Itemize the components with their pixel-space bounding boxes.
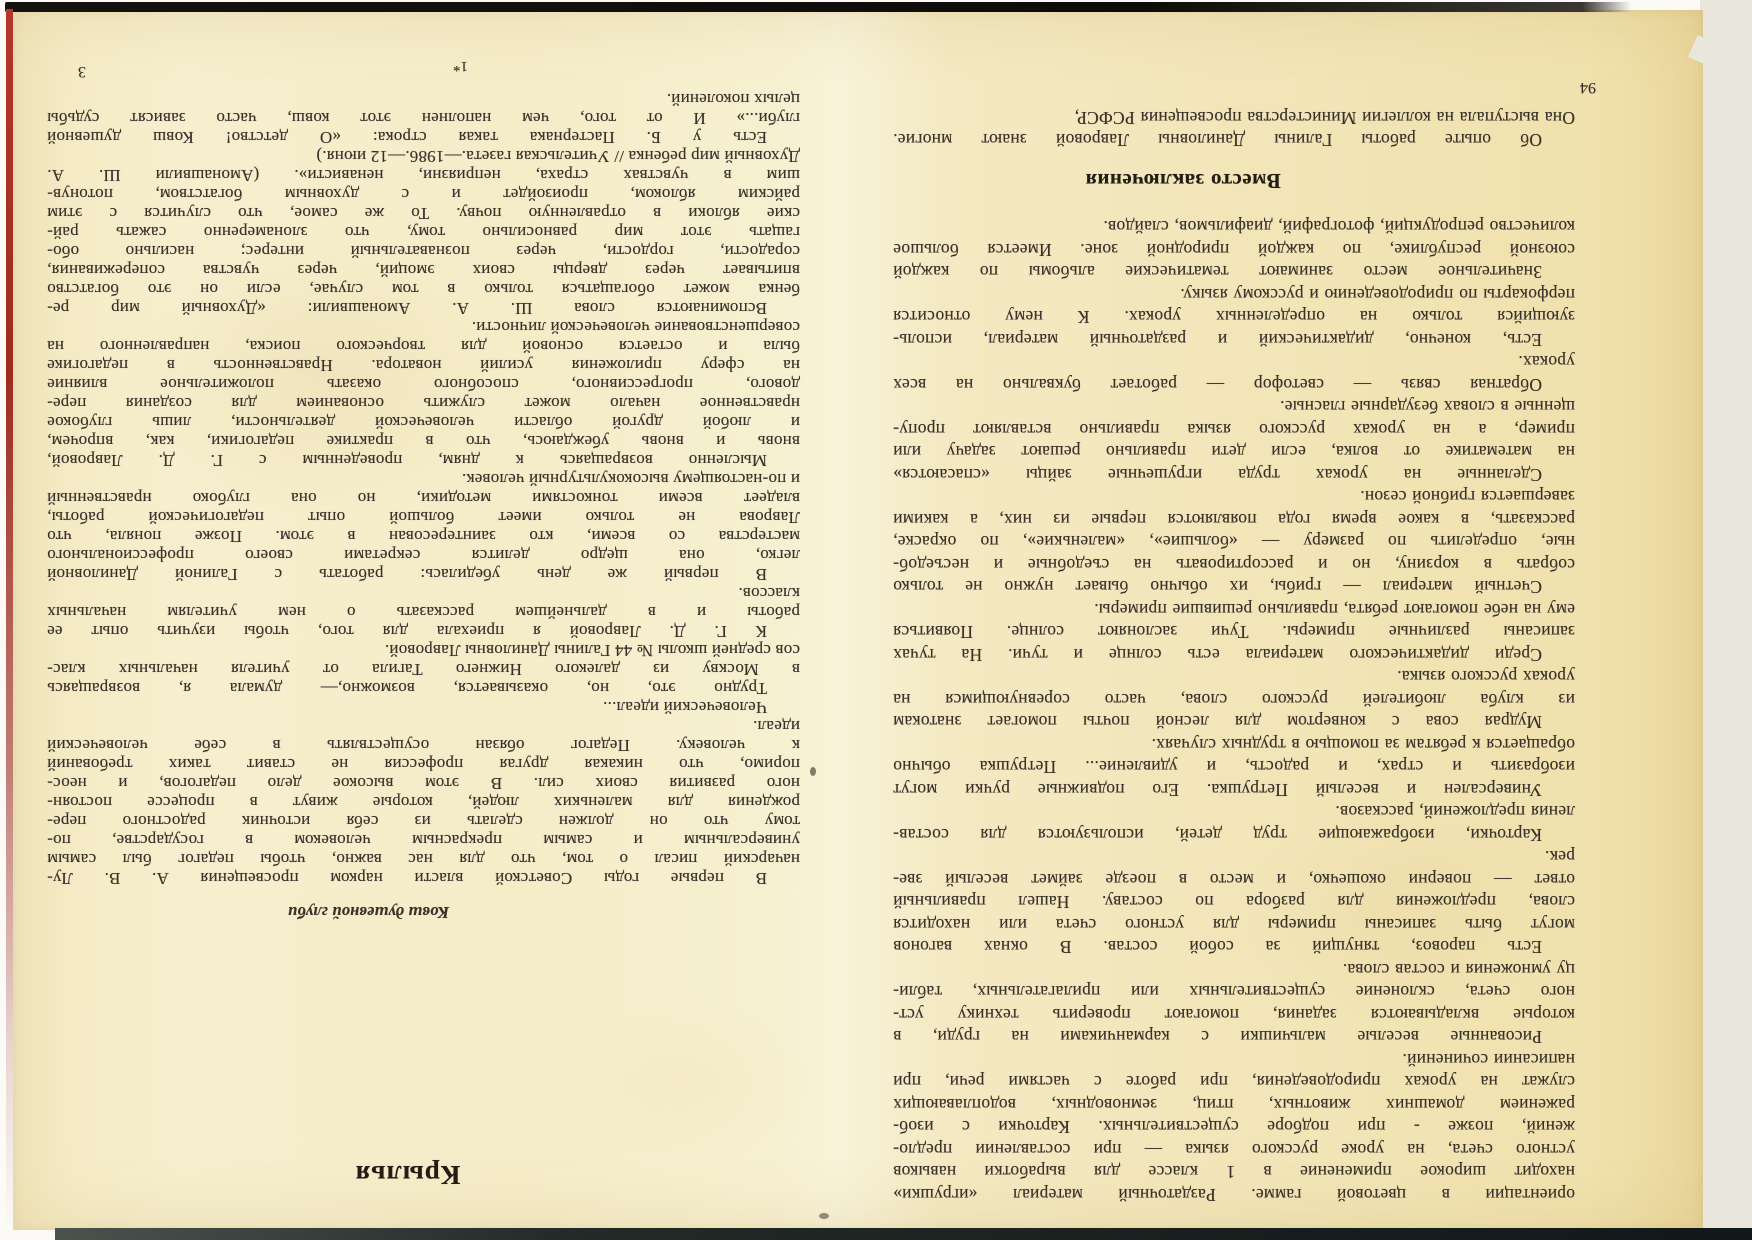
text-line: ему на небе помогают ребята, правильно р…: [893, 599, 1575, 622]
scan-artifact-red-margin-line: [6, 9, 13, 1229]
text-line: на математике от волка, если дети правил…: [893, 441, 1575, 464]
text-line: ления предложений, рассказов.: [893, 801, 1575, 824]
text-line: целых поколений.: [47, 90, 800, 109]
text-line: союзной республике, по каждой природной …: [893, 239, 1575, 262]
text-line: владеет всеми тонкостями методики, но он…: [47, 489, 800, 508]
text-line: сорадости, гордости, через познавательны…: [47, 242, 800, 261]
text-line: и по-настоящему высококультурный человек…: [47, 470, 800, 489]
text-line: Рисованные веселые мальчишки с карманчик…: [893, 1026, 1575, 1049]
text-line: шим в чувствах страха, неприязни, ненави…: [47, 166, 800, 185]
gutter-speck: [819, 1213, 829, 1219]
text-line: Мудрая сова с конвертом для лесной почты…: [893, 711, 1575, 734]
text-line: Есть у Б. Пастернака такая строка: «О де…: [47, 128, 800, 147]
page-94-closing: Об опыте работы Галины Даниловны Лаврово…: [893, 107, 1575, 152]
text-line: Есть, конечно, дидактический и раздаточн…: [893, 329, 1575, 352]
text-line: начарский писал о том, что для нас важно…: [47, 850, 800, 869]
text-line: Духовный мир ребенка // Учительская газе…: [47, 147, 800, 166]
text-line: Мысленно возвращаясь к дням, проведенным…: [47, 451, 800, 470]
text-line: сов средней школы № 44 Галины Даниловны …: [47, 641, 800, 660]
text-line: Обратная связь — светофор — работает бук…: [893, 374, 1575, 397]
page-3-body: В первые годы Советской власти нарком пр…: [47, 90, 800, 888]
text-line: могут быть записаны примеры для устного …: [893, 914, 1575, 937]
text-line: В первый же день убедилась: работать с Г…: [47, 565, 800, 584]
text-line: обращается к ребятам за помощью в трудны…: [893, 734, 1575, 757]
page-94: ориентации в цветовой гамме. Раздаточный…: [893, 107, 1575, 1207]
text-line: Об опыте работы Галины Даниловны Лаврово…: [893, 129, 1575, 152]
text-line: уроках русского языка.: [893, 666, 1575, 689]
text-line: нравственное начало может служить основа…: [47, 394, 800, 413]
text-line: зующийся только на определенных уроках. …: [893, 306, 1575, 329]
text-line: щенные в словах безударные гласные.: [893, 396, 1575, 419]
text-line: собрать в корзину, но и рассортировать н…: [893, 554, 1575, 577]
text-line: ские яблоки в отравленную почву. То же с…: [47, 204, 800, 223]
page-94-body: ориентации в цветовой гамме. Раздаточный…: [893, 216, 1575, 1206]
text-line: к человеку. Педагог обязан осуществлять …: [47, 736, 800, 755]
text-line: и любой другой области человеческой деят…: [47, 413, 800, 432]
text-line: совершенствование человеческой личности.: [47, 318, 800, 337]
text-line: уроках.: [893, 351, 1575, 374]
text-line: на сферу приложения усилий новатора. Нра…: [47, 356, 800, 375]
text-line: в Москву из далекого Нижнего Тагила от у…: [47, 660, 800, 679]
text-line: записаны различные примеры. Тучи заслоня…: [893, 621, 1575, 644]
text-line: ответ — поверни окошечко, и место в поез…: [893, 869, 1575, 892]
text-line: Трудно это, но, оказывается, возможно,— …: [47, 679, 800, 698]
text-line: Значительное место занимают тематические…: [893, 261, 1575, 284]
text-line: находит широкое применение в 1 классе дл…: [893, 1161, 1575, 1184]
book-spread-rotated-180: ориентации в цветовой гамме. Раздаточный…: [0, 0, 1752, 1240]
scan-artifact-top-strip: [5, 2, 1631, 12]
text-line: пример, а на уроках русского языка прави…: [893, 419, 1575, 442]
text-line: из клуба любителей русского слова, часто…: [893, 689, 1575, 712]
text-line: поримо, что никакая другая профессия не …: [47, 755, 800, 774]
text-line: легко, она щедро делится секретами своег…: [47, 546, 800, 565]
text-line: написании сочинений.: [893, 1049, 1575, 1072]
text-line: мастерства со всеми, кто заинтересован в…: [47, 527, 800, 546]
text-line: рек.: [893, 846, 1575, 869]
text-line: ного развития своих сил. В этом высокое …: [47, 774, 800, 793]
text-line: служат на уроках природоведения, при раб…: [893, 1071, 1575, 1094]
page-number-3: 3: [78, 62, 86, 80]
text-line: Вспоминаются слова Ш. А. Амонашвили: «Ду…: [47, 299, 800, 318]
text-line: цу умножения и состав слова.: [893, 959, 1575, 982]
scanned-book-spread: { "scan": { "paper_color": "#f4e9c0", "i…: [0, 0, 1752, 1240]
text-line: гащать этот мир равносильно тому, что зл…: [47, 223, 800, 242]
text-line: К Г. Д. Лавровой я приехала для того, чт…: [47, 622, 800, 641]
text-line: Универсален и веселый Петрушка. Его подв…: [893, 779, 1575, 802]
text-line: ражением домашних животных, птиц, земнов…: [893, 1094, 1575, 1117]
text-line: Карточки, изображающие труд детей, испол…: [893, 824, 1575, 847]
text-line: Сделанные на уроках труда игрушечные зай…: [893, 464, 1575, 487]
text-line: количество репродукций, фотографий, диаф…: [893, 216, 1575, 239]
text-line: ориентации в цветовой гамме. Раздаточный…: [893, 1184, 1575, 1207]
text-line: бенка может обогащаться только в том слу…: [47, 280, 800, 299]
text-line: которые вкладываются задания, помогают п…: [893, 1004, 1575, 1027]
text-line: Есть паровоз, тянущий за собой состав. В…: [893, 936, 1575, 959]
text-line: В первые годы Советской власти нарком пр…: [47, 869, 800, 888]
text-line: слова, предложения для разбора по состав…: [893, 891, 1575, 914]
text-line: работы и в дальнейшем рассказать о нем у…: [47, 603, 800, 622]
chapter-subtitle: Ковш душевной глуби: [0, 902, 745, 922]
text-line: ные, определить по размеру — «большие», …: [893, 531, 1575, 554]
signature-mark: 1*: [453, 57, 468, 74]
chapter-title: Крылья: [31, 1160, 784, 1190]
text-line: идеал.: [47, 717, 800, 736]
section-heading: Вместо заключения: [842, 170, 1524, 193]
text-line: ного счета, склонение существительных ил…: [893, 981, 1575, 1004]
text-line: была и остается основой для творческого …: [47, 337, 800, 356]
text-line: дового, прогрессивного, способного оказа…: [47, 375, 800, 394]
text-line: завершается грибной сезон.: [893, 486, 1575, 509]
scan-artifact-bottom-strip: [55, 1228, 1752, 1240]
text-line: перфокарты по природоведению и русскому …: [893, 284, 1575, 307]
text-line: устного счета, на уроке русского языка —…: [893, 1139, 1575, 1162]
gutter-speck: [810, 767, 816, 776]
text-line: тому что он должен сделать из себя источ…: [47, 812, 800, 831]
text-line: рассказать, в какое время года появляютс…: [893, 509, 1575, 532]
text-line: рождения для маленьких людей, которые жи…: [47, 793, 800, 812]
text-line: Человеческий идеал...: [47, 698, 800, 717]
page-3: Крылья Ковш душевной глуби В первые годы…: [47, 90, 800, 1190]
text-line: вновь и вновь убеждаюсь, что в практике …: [47, 432, 800, 451]
text-line: универсальным и самым прекрасным человек…: [47, 831, 800, 850]
text-line: классов.: [47, 584, 800, 603]
text-line: жений, позже - при подборе существительн…: [893, 1116, 1575, 1139]
text-line: Лаврова не только имеет большой опыт пед…: [47, 508, 800, 527]
text-line: впитывает через дверцы своих эмоций, чер…: [47, 261, 800, 280]
text-line: Она выступала на коллегии Министерства п…: [893, 107, 1575, 130]
text-line: Среди дидактического материала есть солн…: [893, 644, 1575, 667]
text-line: райским яблоком, произойдет и с духовным…: [47, 185, 800, 204]
page-number-94: 94: [1580, 78, 1596, 96]
text-line: глуби...» И от того, чем наполнен этот к…: [47, 109, 800, 128]
text-line: Счетный материал — грибы, их обычно быва…: [893, 576, 1575, 599]
text-line: изобразить и страх, и радость, и удивлен…: [893, 756, 1575, 779]
